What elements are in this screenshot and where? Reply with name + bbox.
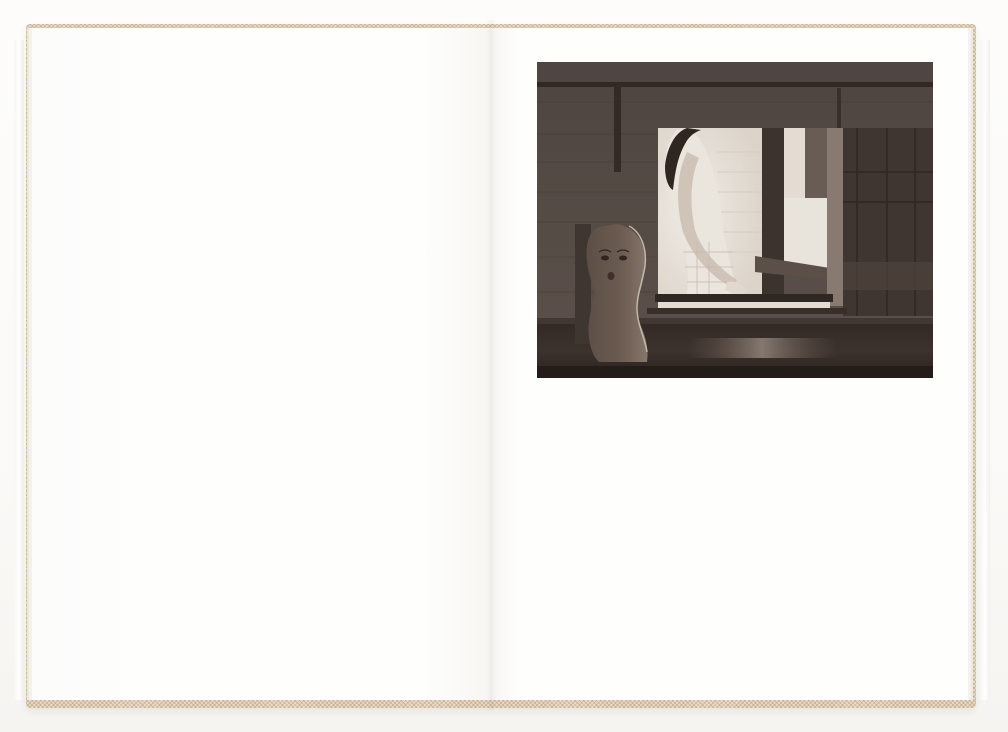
book-gutter bbox=[486, 20, 496, 710]
page-block-edge-left bbox=[14, 40, 24, 700]
left-page bbox=[32, 28, 491, 700]
photobook-scene bbox=[0, 0, 1008, 732]
photograph bbox=[537, 62, 933, 378]
page-block-edge-right bbox=[980, 40, 990, 700]
